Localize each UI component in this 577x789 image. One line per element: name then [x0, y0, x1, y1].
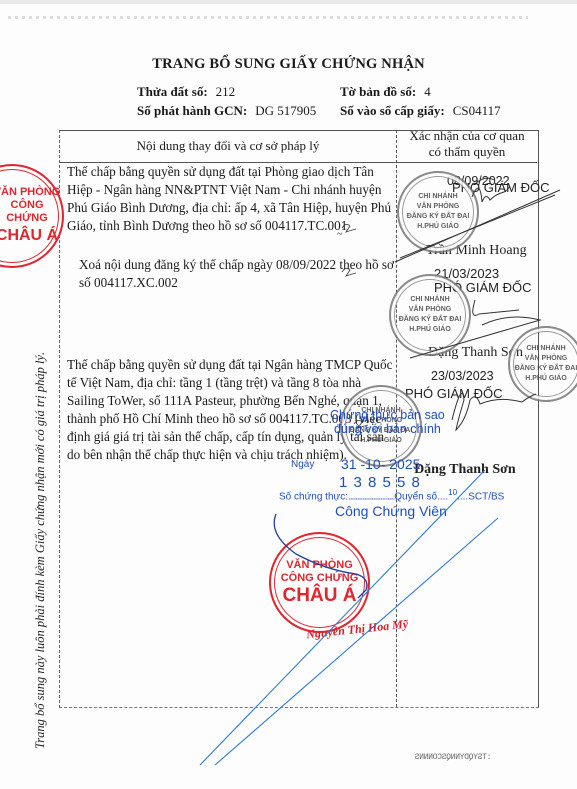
- strike-line: [215, 518, 498, 765]
- signature-line: [410, 317, 540, 358]
- initial-marks: [342, 224, 368, 428]
- signature-overlay: [0, 0, 577, 789]
- signature-line: [400, 195, 555, 258]
- signature-scribble: [476, 178, 494, 183]
- strike-line: [200, 470, 485, 765]
- signature-scribble: [472, 186, 510, 202]
- signature-strokes: [395, 178, 560, 430]
- signature-scribble: [473, 300, 519, 315]
- notary-signature-flourish: [274, 514, 367, 598]
- signature-scribble: [452, 393, 536, 430]
- blue-strike-lines: [200, 470, 498, 765]
